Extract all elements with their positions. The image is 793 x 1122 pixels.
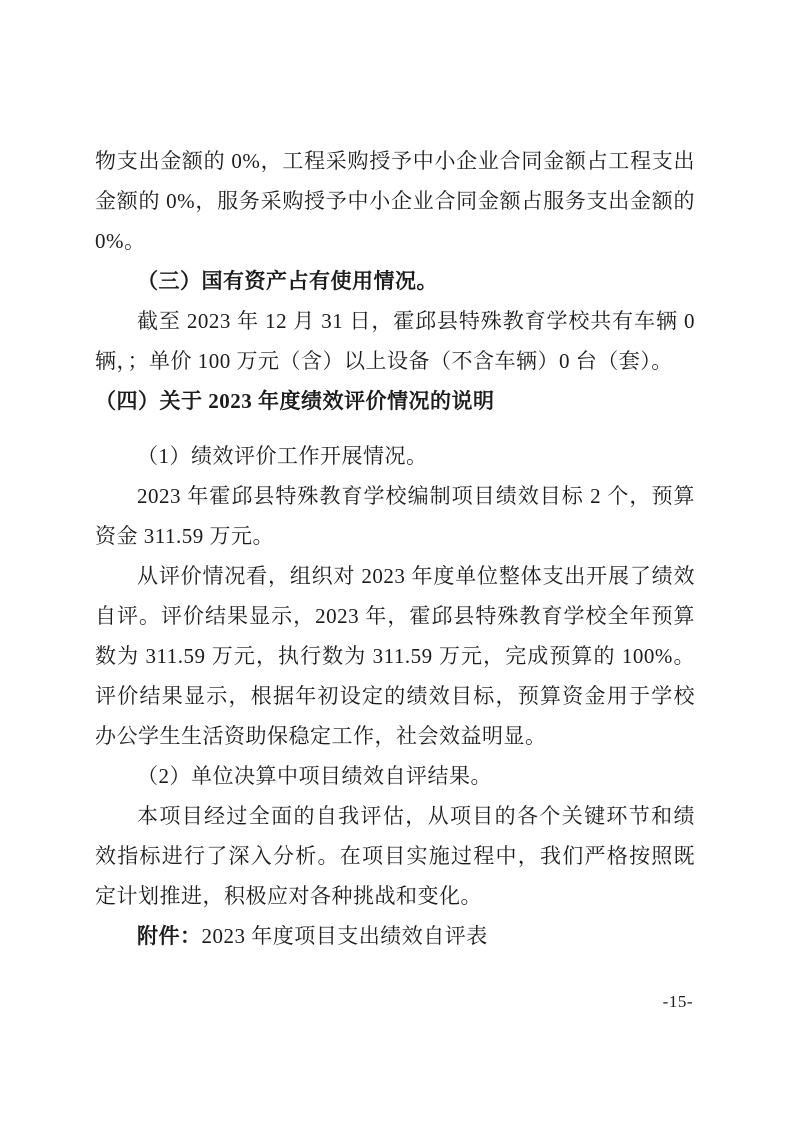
heading-section-4-performance-evaluation: （四）关于 2023 年度绩效评价情况的说明 [95,381,695,421]
document-page: 物支出金额的 0%，工程采购授予中小企业合同金额占工程支出金额的 0%，服务采购… [0,0,793,1122]
paragraph-project-analysis: 本项目经过全面的自我评估，从项目的各个关键环节和绩效指标进行了深入分析。在项目实… [95,796,695,916]
page-number: -15- [663,991,693,1013]
paragraph-self-evaluation-results: 从评价情况看，组织对 2023 年度单位整体支出开展了绩效自评。评价结果显示，2… [95,556,695,756]
attachment-line: 附件：2023 年度项目支出绩效自评表 [95,916,695,956]
heading-section-3-state-assets: （三）国有资产占有使用情况。 [95,261,695,301]
heading-item-2-project-self-evaluation: （2）单位决算中项目绩效自评结果。 [95,756,695,796]
heading-item-1-evaluation-work: （1）绩效评价工作开展情况。 [95,436,695,476]
attachment-title: 2023 年度项目支出绩效自评表 [202,924,488,948]
attachment-label: 附件： [137,924,202,948]
paragraph-performance-targets: 2023 年霍邱县特殊教育学校编制项目绩效目标 2 个，预算资金 311.59 … [95,476,695,556]
paragraph-procurement-continuation: 物支出金额的 0%，工程采购授予中小企业合同金额占工程支出金额的 0%，服务采购… [95,141,695,261]
paragraph-state-assets: 截至 2023 年 12 月 31 日，霍邱县特殊教育学校共有车辆 0 辆，；单… [95,301,695,381]
document-body: 物支出金额的 0%，工程采购授予中小企业合同金额占工程支出金额的 0%，服务采购… [95,141,695,956]
